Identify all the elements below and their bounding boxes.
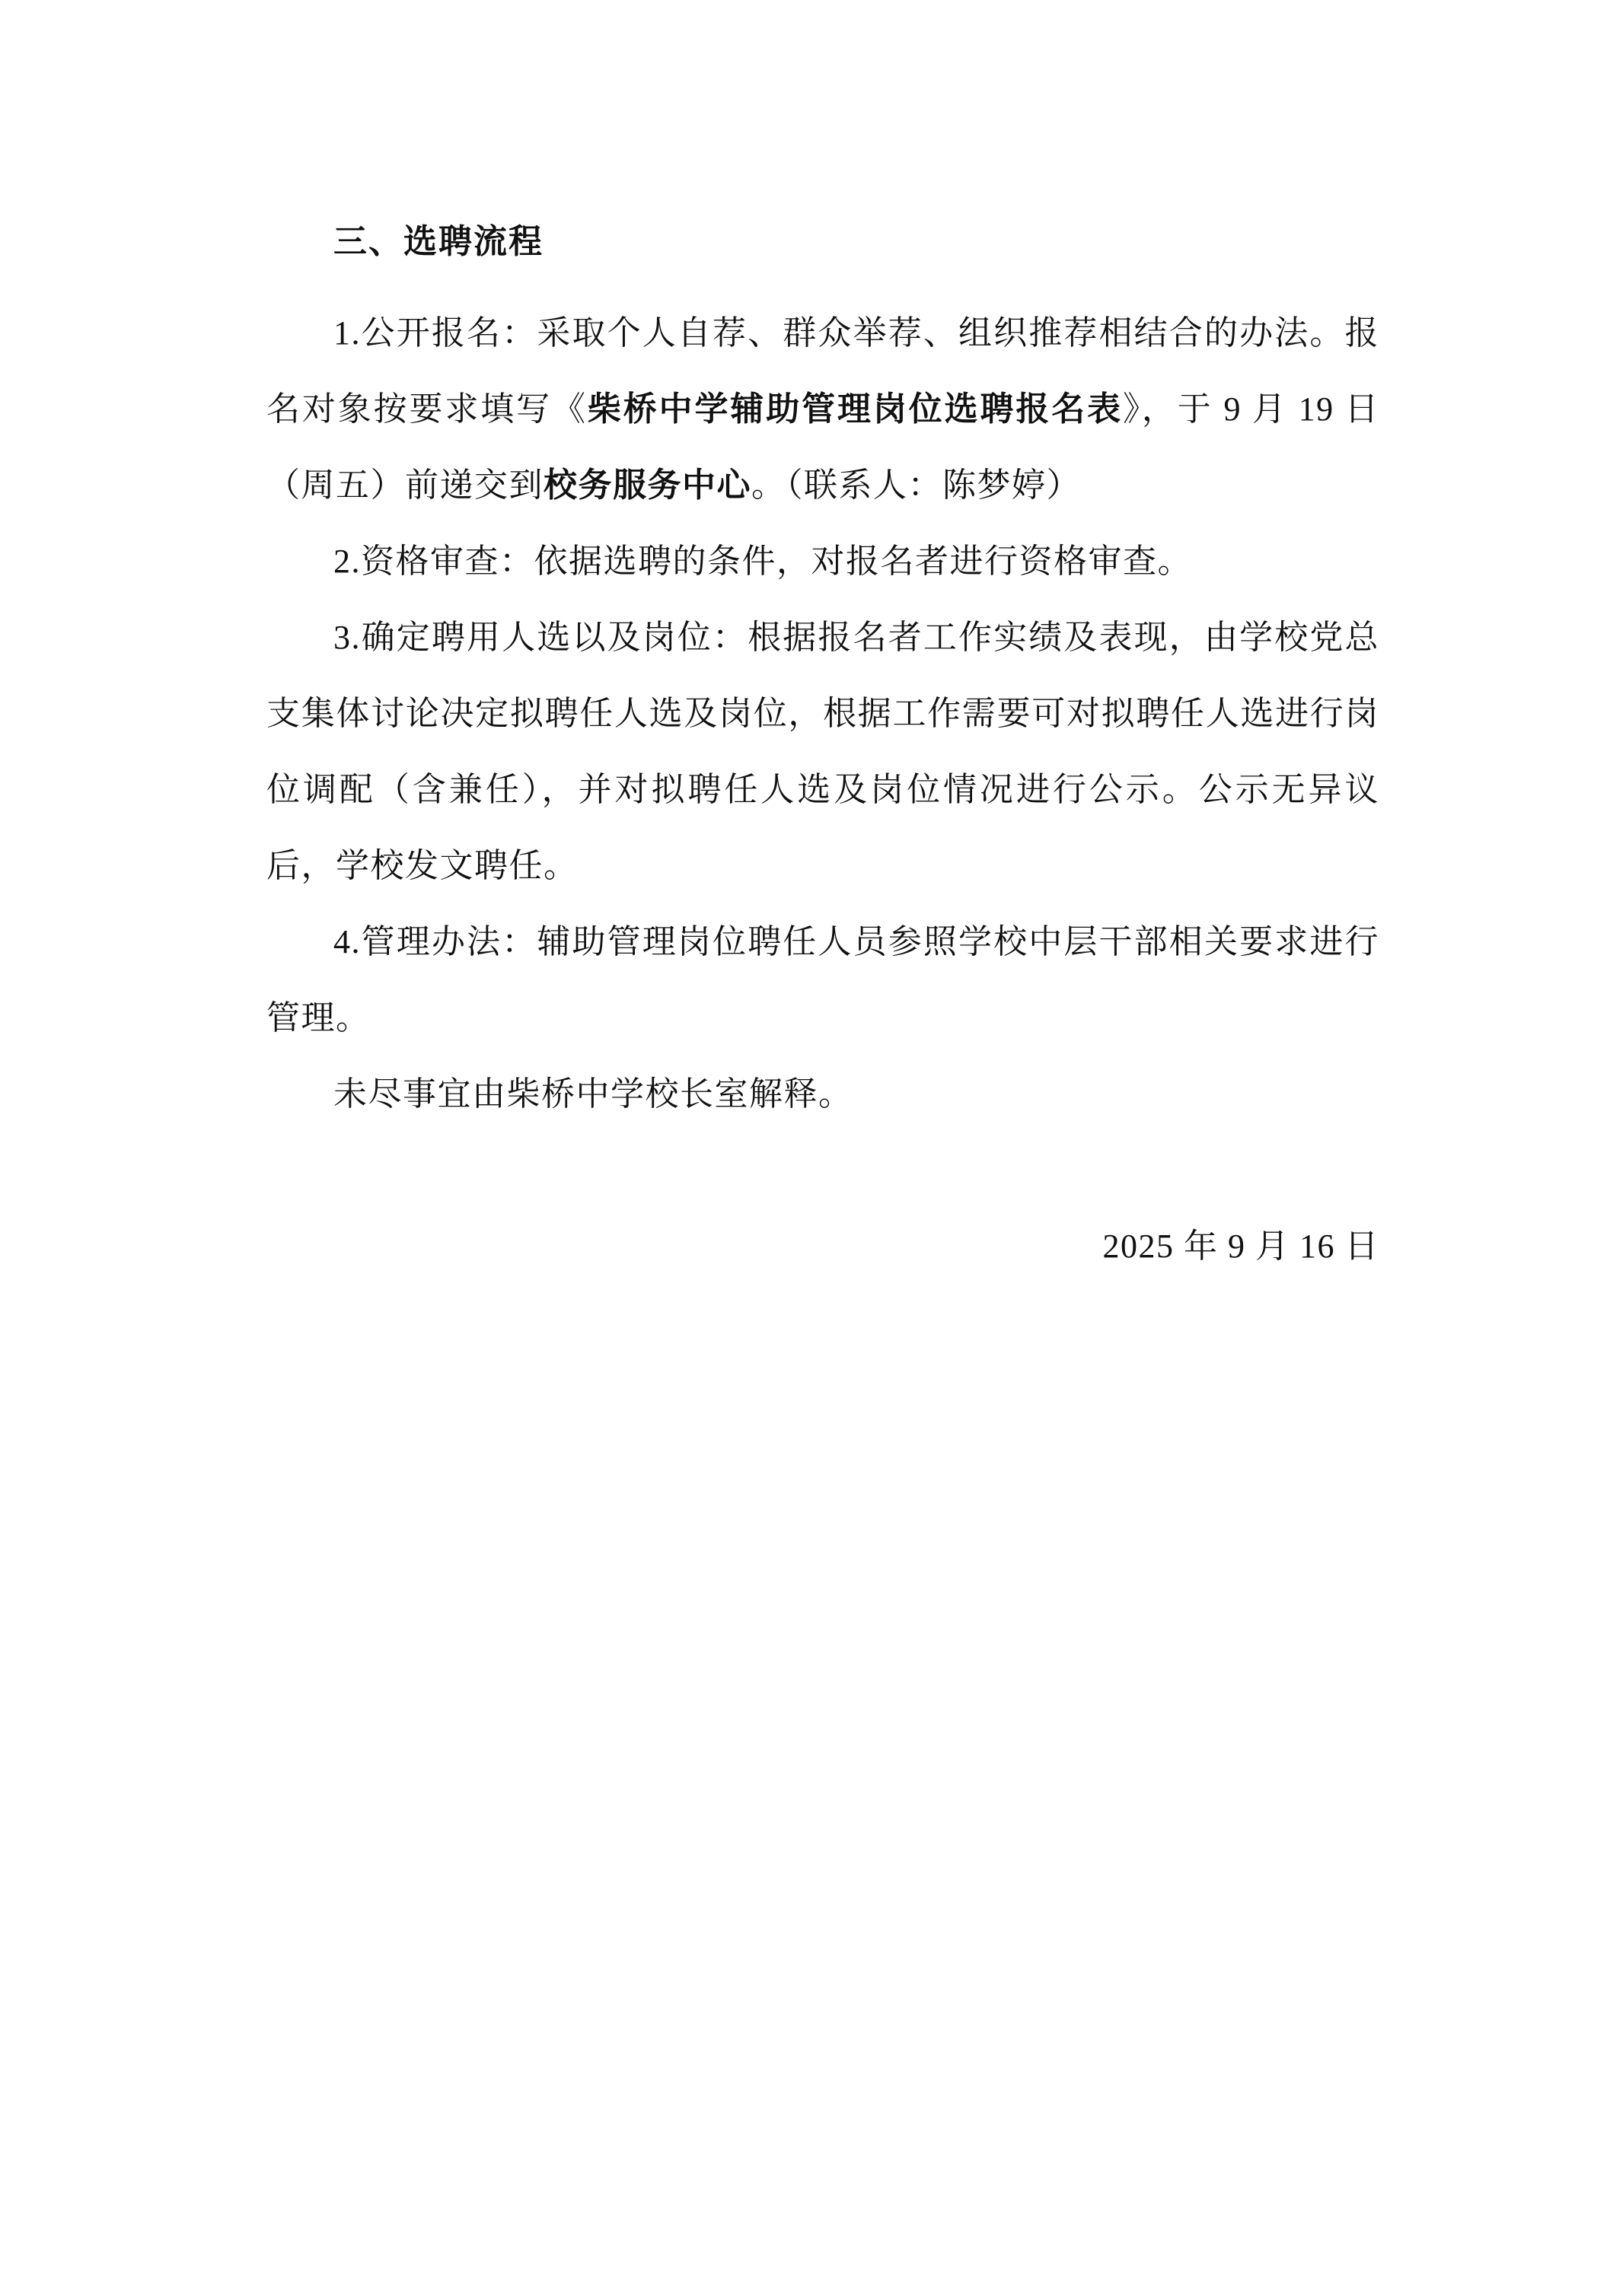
- paragraph-open-registration-text-3: 。（联系人：陈梦婷）: [751, 467, 1081, 504]
- section-heading: 三、选聘流程: [266, 204, 1379, 280]
- document-page: 三、选聘流程 1.公开报名：采取个人自荐、群众举荐、组织推荐相结合的办法。报名对…: [0, 0, 1610, 2296]
- document-date: 2025 年 9 月 16 日: [266, 1209, 1379, 1285]
- paragraph-appointment-decision: 3.确定聘用人选以及岗位：根据报名者工作实绩及表现，由学校党总支集体讨论决定拟聘…: [266, 600, 1379, 904]
- form-title-bold: 柴桥中学辅助管理岗位选聘报名表: [588, 390, 1123, 428]
- paragraph-interpretation-note: 未尽事宜由柴桥中学校长室解释。: [266, 1056, 1379, 1132]
- document-body: 三、选聘流程 1.公开报名：采取个人自荐、群众举荐、组织推荐相结合的办法。报名对…: [266, 204, 1379, 1285]
- service-center-bold: 校务服务中心: [544, 467, 751, 504]
- paragraph-open-registration: 1.公开报名：采取个人自荐、群众举荐、组织推荐相结合的办法。报名对象按要求填写《…: [266, 295, 1379, 524]
- paragraph-management-measures: 4.管理办法：辅助管理岗位聘任人员参照学校中层干部相关要求进行管理。: [266, 904, 1379, 1056]
- paragraph-qualification-review: 2.资格审查：依据选聘的条件，对报名者进行资格审查。: [266, 524, 1379, 600]
